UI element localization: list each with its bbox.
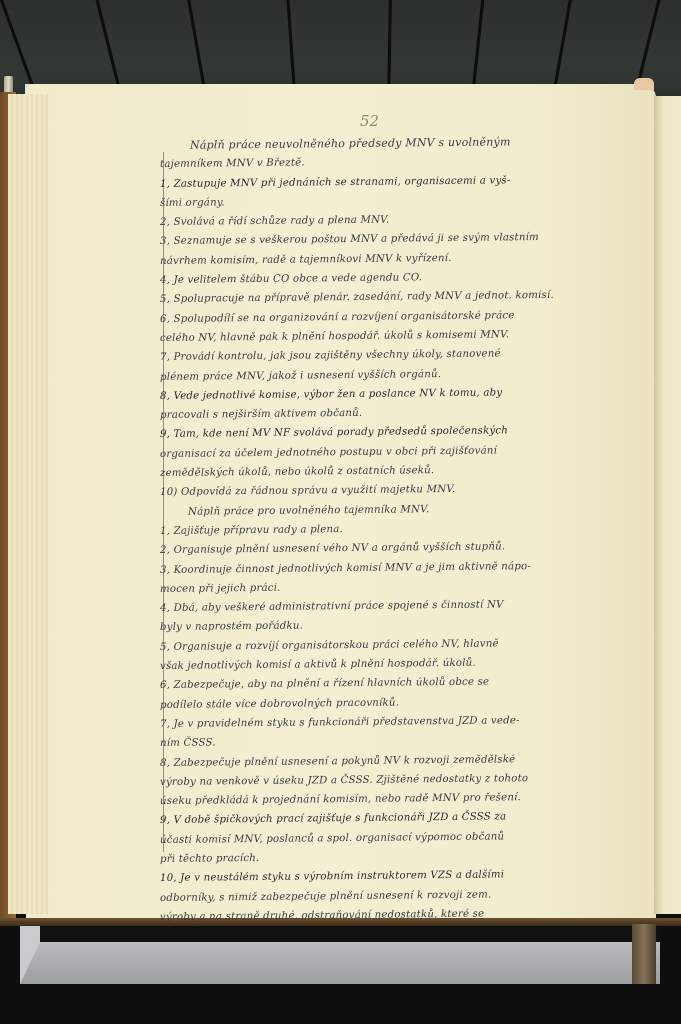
bookmark-ribbon — [632, 924, 656, 984]
page-corner-tab — [634, 78, 654, 90]
facing-page — [654, 96, 681, 914]
text-line: výroby a na straně druhé, odstraňování n… — [160, 903, 630, 927]
handwritten-text: Náplň práce neuvolněného předsedy MNV s … — [160, 136, 630, 927]
page-number: 52 — [360, 112, 379, 130]
scanner-tray-face — [20, 942, 660, 984]
page-stack-edge — [8, 94, 48, 914]
